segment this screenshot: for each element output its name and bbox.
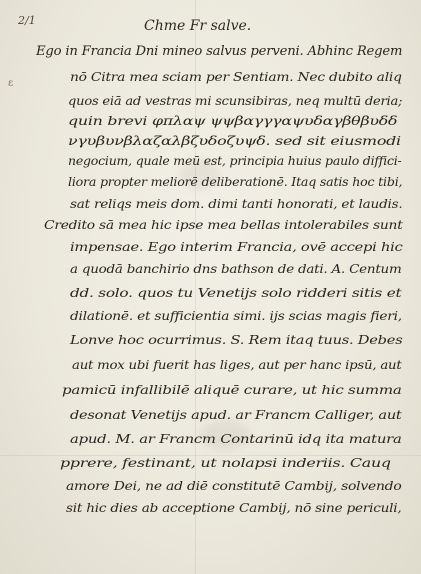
text-line: pprere, festinant, ut nolapsi inderiis. …: [60, 456, 391, 470]
text-line: sat reliqs meis dom. dimi tanti honorati…: [70, 197, 403, 211]
text-line: quos eiā ad vestras mi scunsibiras, neq …: [68, 94, 402, 108]
text-line: impensae. Ego interim Francia, ovē accep…: [70, 240, 403, 254]
text-line: aut mox ubi fuerit has liges, aut per ha…: [72, 358, 401, 372]
text-line: sit hic dies ab acceptione Cambij, nō si…: [66, 501, 402, 515]
text-line: νγυβυνβλαζαλβζυδοζυψδ. sed sit eiusmodi: [68, 134, 401, 148]
folio-number: 2/1: [18, 14, 36, 27]
text-line: negocium, quale meū est, principia huius…: [68, 154, 402, 168]
text-line: dilationē. et sufficientia simi. ijs sci…: [70, 309, 402, 323]
salutation: Chme Fr salve.: [144, 18, 251, 34]
text-line: quin brevi φπλαψ ψψβαγγγαψυδαγβθβυδδ: [68, 114, 397, 128]
text-line: desonat Venetijs apud. ar Francm Callige…: [70, 408, 402, 422]
text-line: nō Citra mea sciam per Sentiam. Nec dubi…: [70, 70, 402, 84]
text-line: Credito sā mea hic ipse mea bellas intol…: [44, 218, 403, 232]
text-line: Lonve hoc ocurrimus. S. Rem itaq tuus. D…: [70, 333, 402, 347]
text-line: Ego in Francia Dni mineo salvus perveni.…: [36, 44, 402, 59]
text-line: liora propter meliorē deliberationē. Ita…: [68, 175, 402, 189]
text-line: dd. solo. quos tu Venetijs solo ridderi …: [70, 286, 401, 300]
text-line: pamicū infallibilē aliquē curare, ut hic…: [62, 383, 402, 397]
margin-mark: ɛ: [8, 78, 13, 89]
text-line: a quodā banchirio dns bathson de dati. A…: [70, 262, 402, 276]
text-line: amore Dei, ne ad diē constitutē Cambij, …: [66, 479, 401, 493]
text-line: apud. M. ar Francm Contarinū idq ita mat…: [70, 432, 402, 446]
